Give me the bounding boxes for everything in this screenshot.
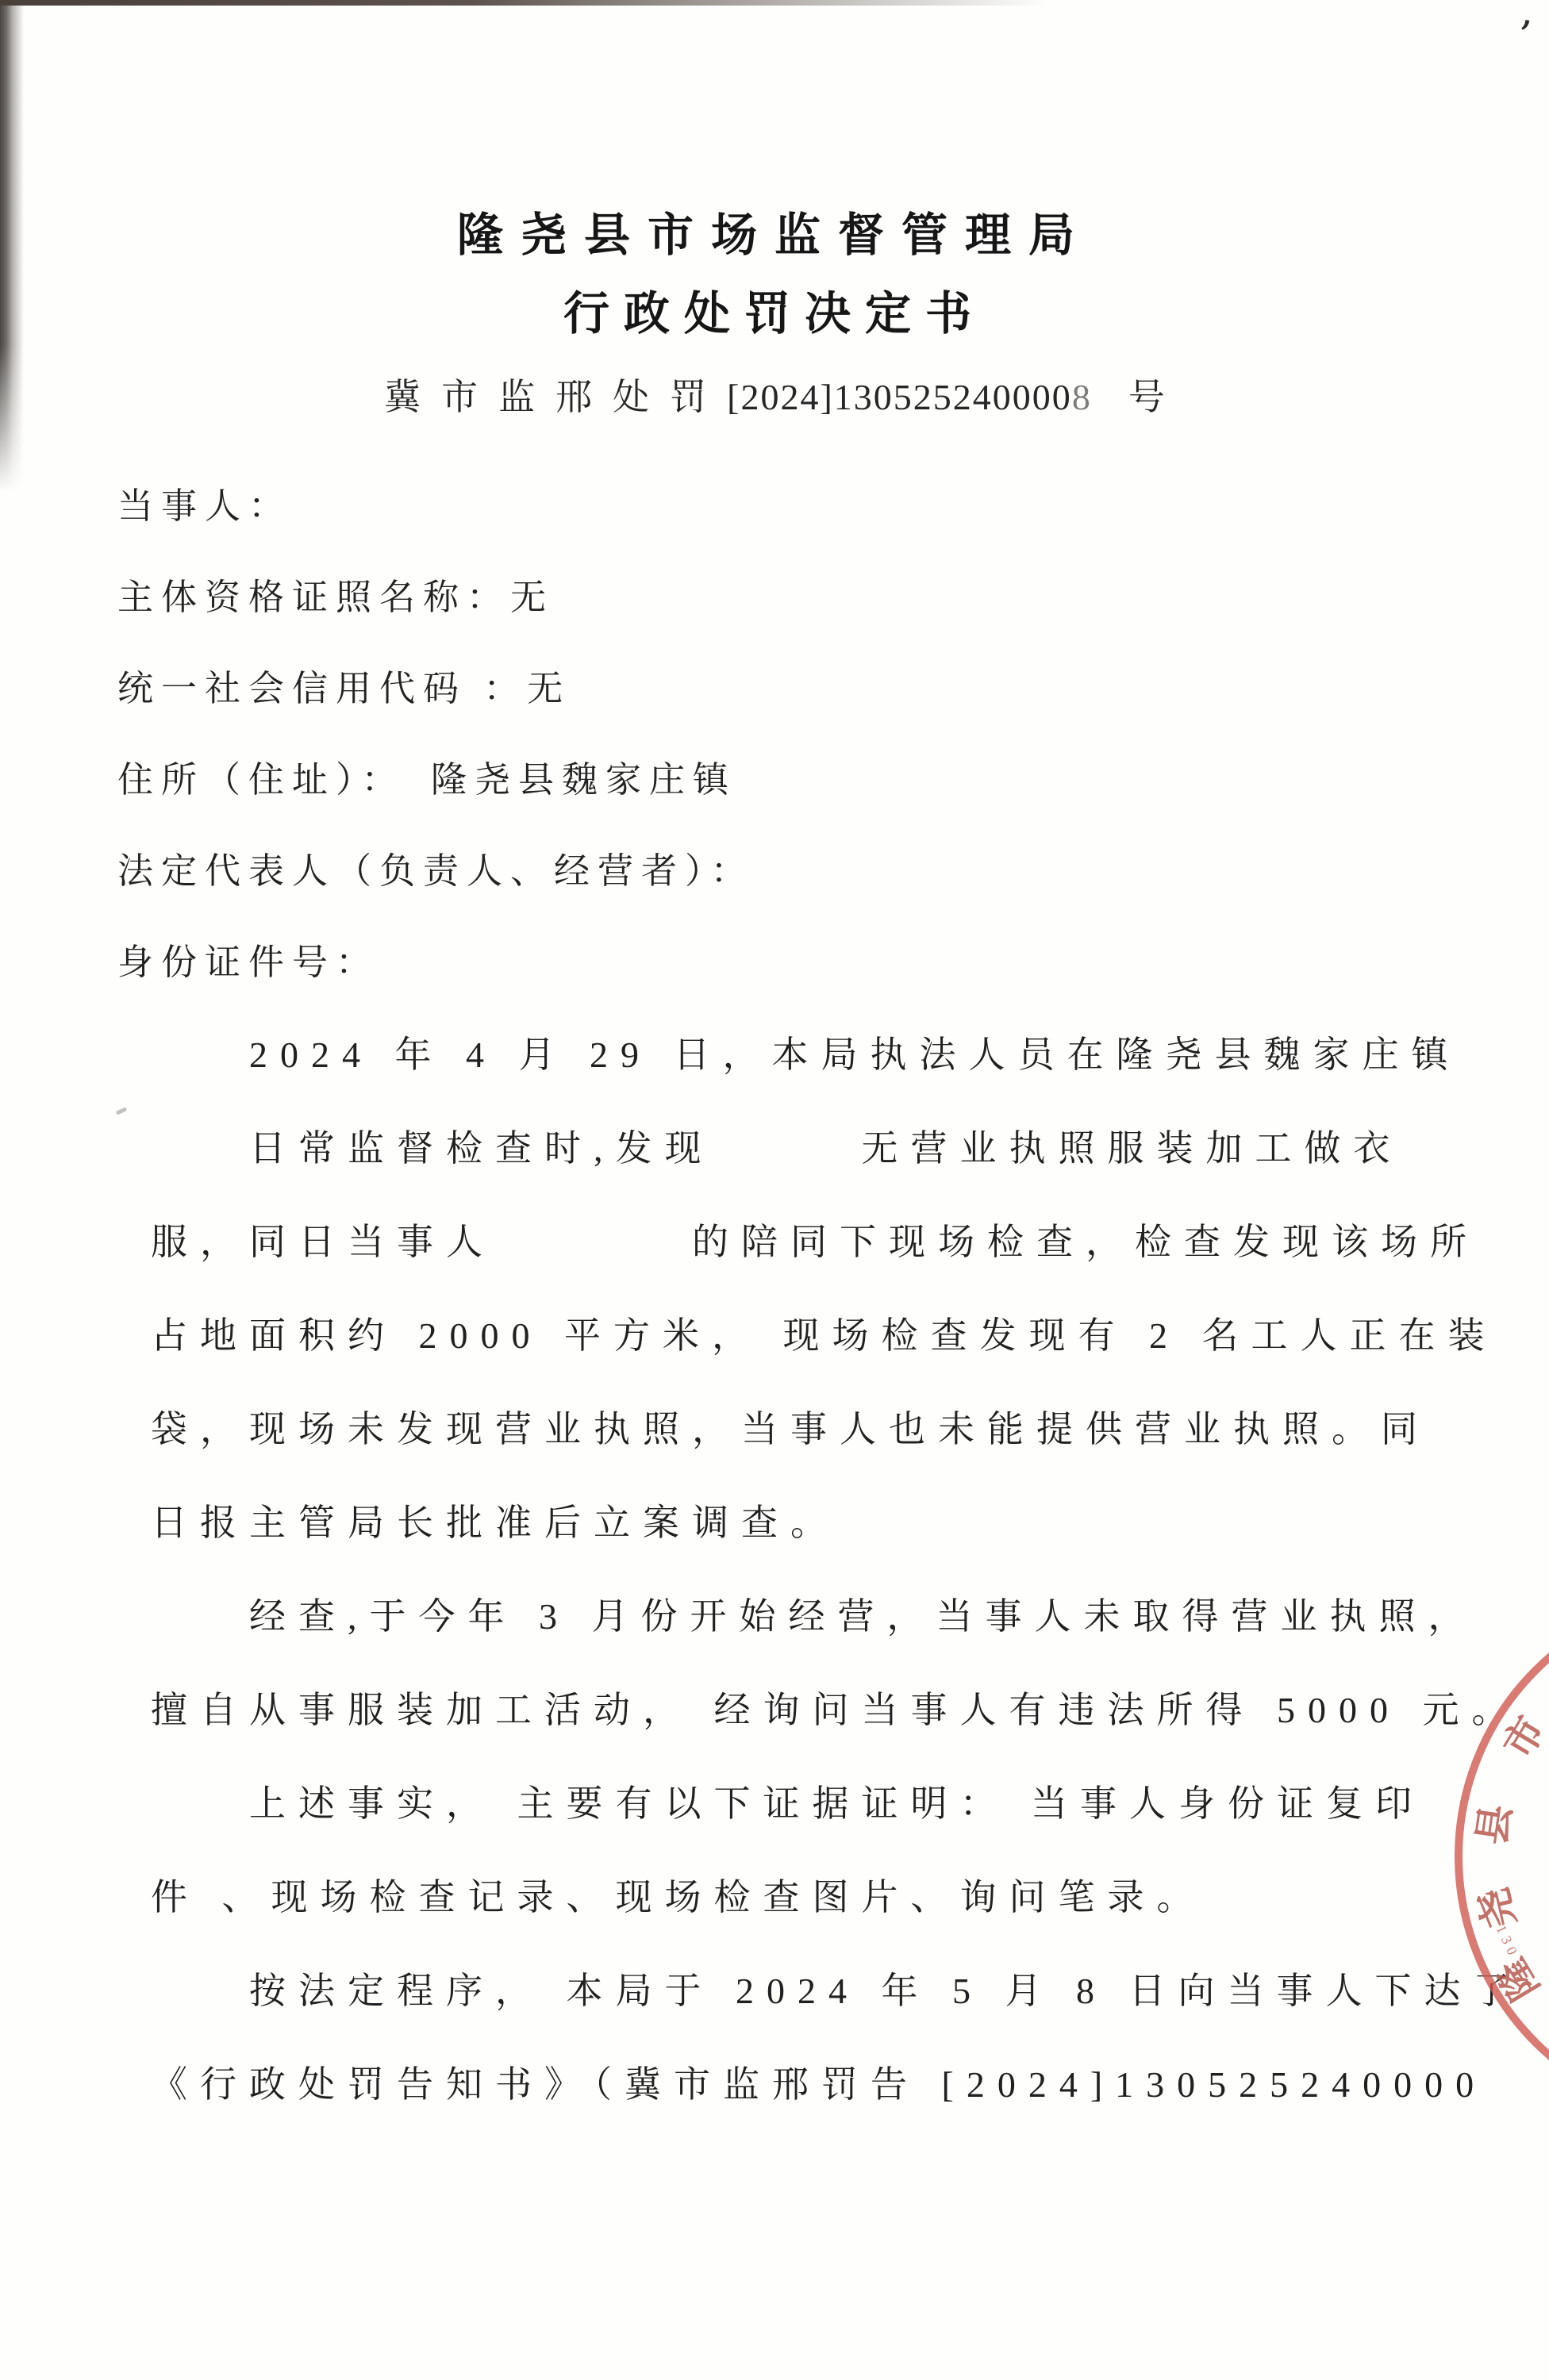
body-line: 按法定程序， 本局于 2024 年 5 月 8 日向当事人下达了 (249, 1944, 1486, 2038)
stamp-char: 市 (1495, 1709, 1549, 1766)
body-line: 上述事实， 主要有以下证据证明： 当事人身份证复印 (249, 1757, 1486, 1851)
body-line: 占地面积约 2000 平方米， 现场检查发现有 2 名工人正在装 (151, 1289, 1486, 1383)
scanned-document-page: ’ 隆尧县市场监督管理局 行政处罚决定书 冀市监邢处罚[2024]1305252… (0, 0, 1549, 2380)
body-line: 日报主管局长批准后立案调查。 (151, 1476, 1486, 1570)
official-seal-stamp: 市 县 尧 隆 130 (1390, 1618, 1549, 2063)
document-number-line: 冀市监邢处罚[2024]1305252400008号 (0, 353, 1549, 442)
body-line: 2024 年 4 月 29 日，本局执法人员在隆尧县魏家庄镇 (249, 1008, 1486, 1102)
doc-number-code: [2024]130525240000 (727, 377, 1072, 417)
body-line: 《行政处罚告知书》（冀市监邢罚告 [2024]130525240000 (151, 2038, 1486, 2132)
stamp-char: 县 (1470, 1802, 1519, 1847)
field-line: 身份证件号： (117, 917, 1549, 1008)
stamp-serial-digits: 130 (1493, 1922, 1522, 1961)
body-line: 袋，现场未发现营业执照，当事人也未能提供营业执照。同 (151, 1383, 1486, 1476)
stamp-char: 尧 (1471, 1883, 1524, 1932)
body-line: 经查,于今年 3 月份开始经营，当事人未取得营业执照， (249, 1570, 1486, 1664)
issuing-authority-title: 隆尧县市场监督管理局 (0, 196, 1549, 275)
document-content: 隆尧县市场监督管理局 行政处罚决定书 冀市监邢处罚[2024]130525240… (0, 0, 1549, 2132)
field-line: 法定代表人（负责人、经营者）： (117, 826, 1549, 917)
body-line: 件 、现场检查记录、现场检查图片、询问笔录。 (151, 1851, 1486, 1944)
body-paragraph-lines: 2024 年 4 月 29 日，本局执法人员在隆尧县魏家庄镇 日常监督检查时,发… (0, 1008, 1549, 2132)
field-line: 当事人： (117, 461, 1549, 552)
field-line: 统一社会信用代码 ：无 (117, 643, 1549, 735)
body-line: 日常监督检查时,发现 无营业执照服装加工做衣 (249, 1102, 1486, 1196)
doc-number-prefix: 冀市监邢处罚 (384, 377, 727, 417)
doc-number-suffix: 号 (1128, 377, 1165, 417)
doc-number-partial-digit: 8 (1072, 353, 1090, 442)
body-line: 擅自从事服装加工活动， 经询问当事人有违法所得 5000 元。 (151, 1664, 1486, 1757)
document-type-title: 行政处罚决定书 (0, 275, 1549, 353)
field-line: 住所（住址）： 隆尧县魏家庄镇 (117, 735, 1549, 826)
party-information-fields: 当事人： 主体资格证照名称：无 统一社会信用代码 ：无 住所（住址）： 隆尧县魏… (0, 461, 1549, 1008)
body-line: 服，同日当事人 的陪同下现场检查，检查发现该场所 (151, 1196, 1486, 1289)
field-line: 主体资格证照名称：无 (117, 552, 1549, 643)
